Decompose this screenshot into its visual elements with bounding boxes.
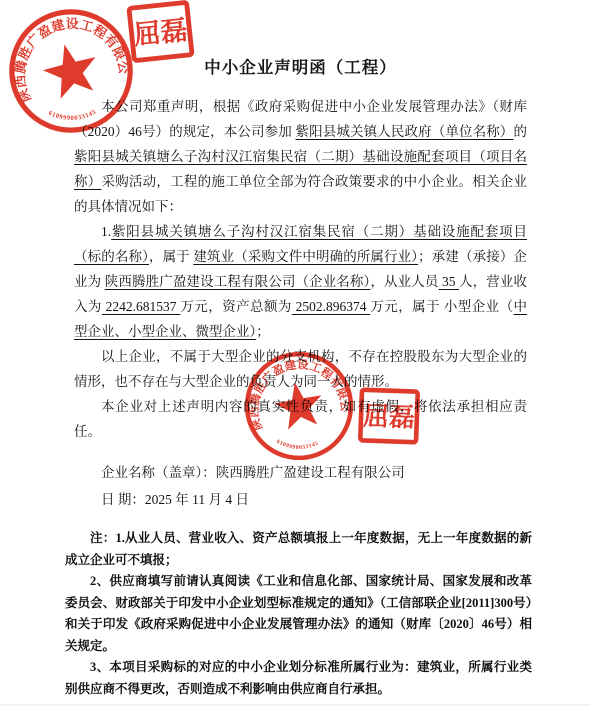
item1-text: 万元，资产总额为 <box>180 299 291 314</box>
document-page: 中小企业声明函（工程） 本公司郑重声明，根据《政府采购促进中小企业发展管理办法》… <box>0 0 590 706</box>
contractor-name-underlined: 陕西腾胜广盈建设工程有限公司（企业名称） <box>105 274 371 289</box>
industry-underlined: 建筑业（采购文件中明确的所属行业） <box>193 249 418 264</box>
item1-paragraph: 1.紫阳县城关镇塘么子沟村汉江宿集民宿（二期）基础设施配套项目（标的名称），属于… <box>74 219 527 344</box>
intro-text: 采购活动，工程的施工单位全部为符合政策要求的中小企业。相关企业的具体情况如下： <box>74 174 527 214</box>
item1-text: ，从业人员 <box>370 274 438 289</box>
assets-underlined: 2502.896374 <box>292 299 371 314</box>
document-content: 中小企业声明函（工程） 本公司郑重声明，根据《政府采购促进中小企业发展管理办法》… <box>74 54 527 700</box>
note-1: 注：1.从业人员、营业收入、资产总额填报上一年度数据，无上一年度数据的新成立企业… <box>65 528 532 571</box>
responsibility-statement-paragraph: 本企业对上述声明内容的真实性负责，如有虚假，将依法承担相应责任。 <box>74 394 527 444</box>
branch-statement-paragraph: 以上企业，不属于大型企业的分支机构，不存在控股股东为大型企业的情形，也不存在与大… <box>74 344 527 394</box>
document-title: 中小企业声明函（工程） <box>74 54 527 78</box>
intro-text: 的 <box>514 124 528 139</box>
signature-date-line: 日 期：2025 年 11 月 4 日 <box>101 486 527 513</box>
purchaser-name-underlined: 紫阳县城关镇人民政府（单位名称） <box>295 124 513 139</box>
item1-number: 1. <box>101 224 111 239</box>
item1-text: ，属于 <box>149 249 193 264</box>
revenue-underlined: 2242.681537 <box>102 299 181 314</box>
signature-block: 企业名称（盖章）：陕西腾胜广盈建设工程有限公司 日 期：2025 年 11 月 … <box>101 459 527 513</box>
item1-text: 万元，属于 小型企业（ <box>370 299 513 314</box>
notes-section: 注：1.从业人员、营业收入、资产总额填报上一年度数据，无上一年度数据的新成立企业… <box>65 528 532 700</box>
intro-paragraph: 本公司郑重声明，根据《政府采购促进中小企业发展管理办法》（财库（2020）46号… <box>74 94 527 219</box>
employee-count-underlined: 35 <box>439 274 460 289</box>
note-3: 3、本项目采购标的对应的中小企业划分标准所属行业为：建筑业，所属行业类别供应商不… <box>65 657 532 700</box>
note-2: 2、供应商填写前请认真阅读《工业和信息化部、国家统计局、国家发展和改革委员会、财… <box>65 571 532 657</box>
signature-company-line: 企业名称（盖章）：陕西腾胜广盈建设工程有限公司 <box>101 459 527 486</box>
item1-text: ； <box>256 324 270 339</box>
name-seal-text: 屈磊 <box>132 15 189 50</box>
